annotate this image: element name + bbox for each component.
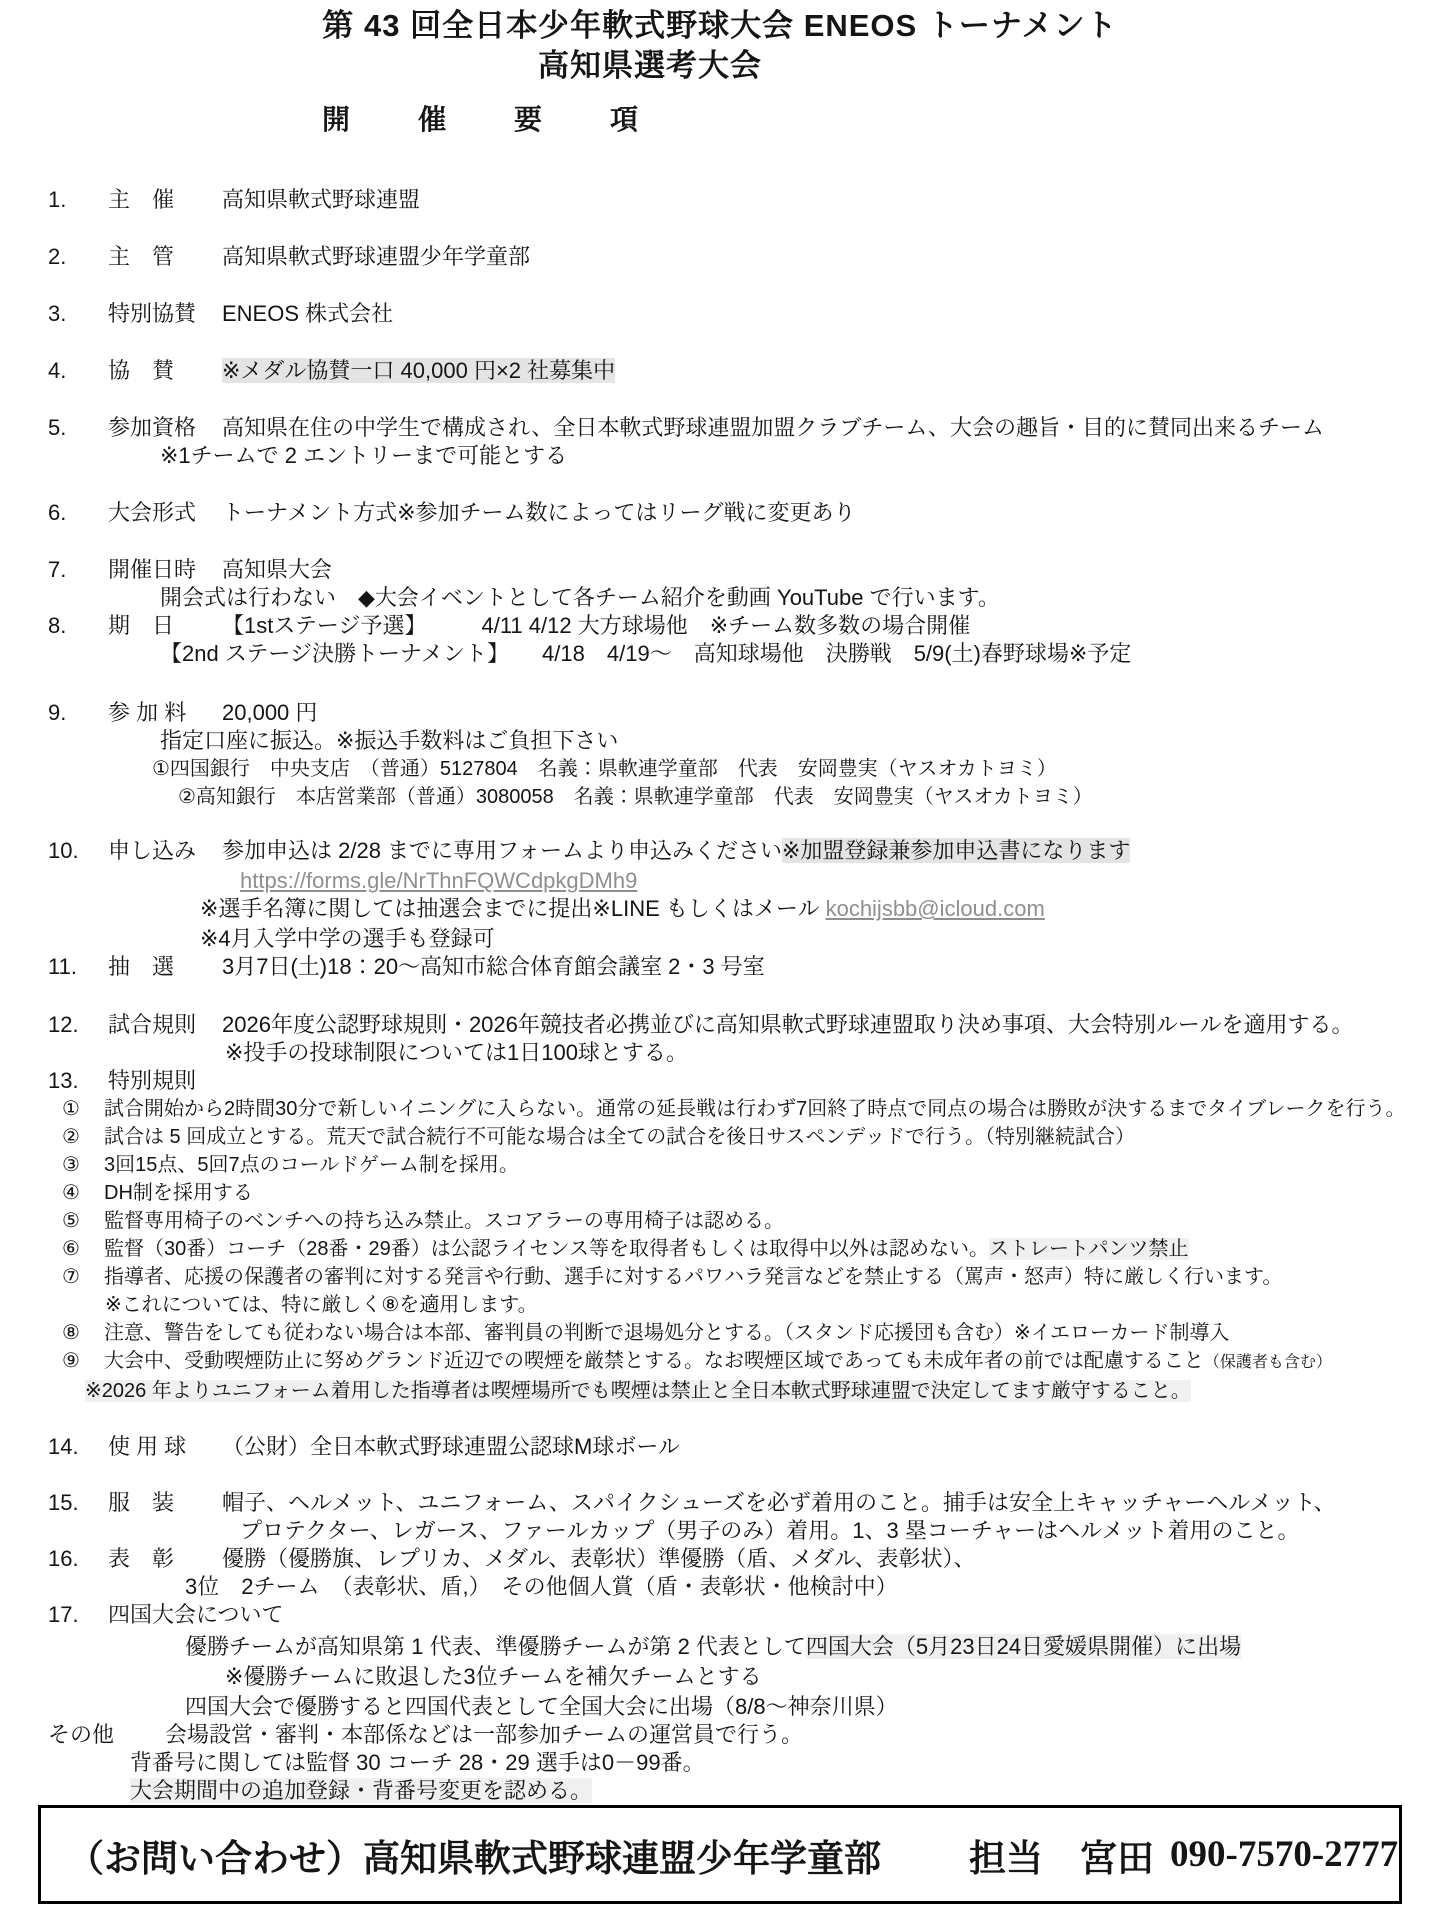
item-label: 四国大会について (108, 1602, 284, 1627)
item-9-bank-account-1: ①四国銀行 中央支店 （普通）5127804 名義：県軟連学童部 代表 安岡豊実… (0, 755, 1440, 783)
contact-label: （お問い合わせ）高知県軟式野球連盟少年学童部 (67, 1828, 881, 1882)
item-text: 優勝（優勝旗、レプリカ、メダル、表彰状）準優勝（盾、メダル、表彰状）、 (222, 1546, 976, 1571)
special-rule-6: ⑥監督（30番）コーチ（28番・29番）は公認ライセンス等を取得者もしくは取得中… (0, 1235, 1440, 1263)
item-number: 10. (48, 837, 108, 865)
item-12-pitch-limit-note: ※投手の投球制限については1日100球とする。 (0, 1039, 1440, 1067)
rule-text: 監督（30番）コーチ（28番・29番）は公認ライセンス等を取得者もしくは取得中以… (104, 1238, 989, 1260)
body-text: 会場設営・審判・本部係などは一部参加チームの運営員で行う。 (165, 1722, 803, 1747)
document-title-line1: 第 43 回全日本少年軟式野球大会 ENEOS トーナメント (0, 6, 1440, 46)
special-rule-9-note: ※2026 年よりユニフォーム着用した指導者は喫煙場所でも喫煙は禁止と全日本軟式… (0, 1377, 1440, 1405)
rule-number: ⑨ (62, 1347, 104, 1375)
bank-account-text: ①四国銀行 中央支店 （普通）5127804 名義：県軟連学童部 代表 安岡豊実… (152, 758, 1057, 780)
item-text: 3月7日(土)18：20～高知市総合体育館会議室 2・3 号室 (222, 954, 765, 979)
item-number: 9. (48, 699, 108, 727)
item-15-continued: プロテクター、レガース、ファールカップ（男子のみ）着用。1、3 塁コーチャーはヘ… (0, 1517, 1440, 1545)
section-heading: 開 催 要 項 (322, 102, 1440, 138)
rule-number: ② (62, 1123, 104, 1151)
body-text-highlighted: 大会期間中の追加登録・背番号変更を認める。 (130, 1778, 592, 1803)
item-label: 抽 選 (108, 953, 222, 981)
rule-number: ⑧ (62, 1319, 104, 1347)
note-text: 【2nd ステージ決勝トーナメント】 4/18 4/19～ 高知球場他 決勝戦 … (160, 641, 1131, 666)
note-text-highlighted: ※2026 年よりユニフォーム着用した指導者は喫煙場所でも喫煙は禁止と全日本軟式… (85, 1380, 1191, 1402)
item-7-note: 開会式は行わない ◆大会イベントとして各チーム紹介を動画 YouTube で行い… (0, 584, 1440, 612)
item-number: 5. (48, 414, 108, 442)
item-label: 参 加 料 (108, 699, 222, 727)
item-9-bank-account-2: ②高知銀行 本店営業部（普通）3080058 名義：県軟連学童部 代表 安岡豊実… (0, 783, 1440, 811)
rule-text-highlighted: ストレートパンツ禁止 (989, 1238, 1189, 1260)
item-text: 【1stステージ予選】 4/11 4/12 大方球場他 ※チーム数多数の場合開催 (222, 613, 970, 638)
application-form-link[interactable]: https://forms.gle/NrThnFQWCdpkgDMh9 (240, 868, 637, 893)
special-rule-7-note: ※これについては、特に厳しく⑧を適用します。 (0, 1291, 1440, 1319)
item-text: 高知県軟式野球連盟少年学童部 (222, 244, 530, 269)
item-text: 帽子、ヘルメット、ユニフォーム、スパイクシューズを必ず着用のこと。捕手は安全上キ… (222, 1490, 1336, 1515)
rule-number: ⑥ (62, 1235, 104, 1263)
item-1-organizer: 1.主 催高知県軟式野球連盟 (0, 186, 1440, 214)
body-text-highlighted: 四国大会（5月23日24日愛媛県開催）に出場 (806, 1634, 1241, 1659)
item-label: 特別規則 (108, 1067, 222, 1095)
item-10-roster-note: ※選手名簿に関しては抽選会までに提出※LINE もしくはメール kochijsb… (0, 895, 1440, 923)
item-8-dates: 8.期 日【1stステージ予選】 4/11 4/12 大方球場他 ※チーム数多数… (0, 612, 1440, 640)
rule-number: ③ (62, 1151, 104, 1179)
item-number: 17. (48, 1601, 108, 1629)
item-3-special-sponsor: 3.特別協賛ENEOS 株式会社 (0, 300, 1440, 328)
document-page: 第 43 回全日本少年軟式野球大会 ENEOS トーナメント 高知県選考大会 開… (0, 0, 1440, 1905)
item-number: 12. (48, 1011, 108, 1039)
bank-account-text: ②高知銀行 本店営業部（普通）3080058 名義：県軟連学童部 代表 安岡豊実… (178, 786, 1093, 808)
body-text: 背番号に関しては監督 30 コーチ 28・29 選手は0－99番。 (130, 1750, 705, 1775)
item-number: 1. (48, 186, 108, 214)
item-number: 11. (48, 953, 108, 981)
item-number: 8. (48, 612, 108, 640)
item-number: 6. (48, 499, 108, 527)
item-4-sponsor: 4.協 賛※メダル協賛一口 40,000 円×2 社募集中 (0, 357, 1440, 385)
note-text: ※投手の投球制限については1日100球とする。 (225, 1040, 688, 1065)
note-text: プロテクター、レガース、ファールカップ（男子のみ）着用。1、3 塁コーチャーはヘ… (240, 1518, 1300, 1543)
item-5-note: ※1チームで 2 エントリーまで可能とする (0, 442, 1440, 470)
item-text: ENEOS 株式会社 (222, 301, 393, 326)
item-text: 20,000 円 (222, 700, 317, 725)
item-text-highlighted: ※メダル協賛一口 40,000 円×2 社募集中 (222, 358, 615, 383)
item-number: 2. (48, 243, 108, 271)
rule-text: 大会中、受動喫煙防止に努めグランド近辺での喫煙を厳禁とする。なお喫煙区域であって… (104, 1350, 1204, 1372)
item-2-administrator: 2.主 管高知県軟式野球連盟少年学童部 (0, 243, 1440, 271)
other-notes: その他会場設営・審判・本部係などは一部参加チームの運営員で行う。 (0, 1721, 1440, 1749)
item-label: 協 賛 (108, 357, 222, 385)
item-label: その他 (48, 1721, 165, 1749)
rule-text: 試合は 5 回成立とする。荒天で試合続行不可能な場合は全ての試合を後日サスペンデ… (104, 1126, 1135, 1148)
rule-text: 監督専用椅子のベンチへの持ち込み禁止。スコアラーの専用椅子は認める。 (104, 1210, 784, 1232)
rule-number: ① (62, 1095, 104, 1123)
special-rule-8: ⑧注意、警告をしても従わない場合は本部、審判員の判断で退場処分とする。（スタンド… (0, 1319, 1440, 1347)
item-label: 期 日 (108, 612, 222, 640)
item-text: 参加申込は 2/28 までに専用フォームより申込みください (222, 838, 782, 863)
note-text: 指定口座に振込。※振込手数料はご負担下さい (160, 728, 618, 753)
item-label: 参加資格 (108, 414, 222, 442)
other-notes-line3: 大会期間中の追加登録・背番号変更を認める。 (0, 1777, 1440, 1805)
item-label: 申し込み (108, 837, 222, 865)
item-label: 表 彰 (108, 1545, 222, 1573)
contact-person: 担当 宮田 (969, 1828, 1154, 1882)
item-text: 高知県大会 (222, 557, 332, 582)
item-label: 主 管 (108, 243, 222, 271)
note-text: ※1チームで 2 エントリーまで可能とする (160, 443, 567, 468)
item-12-game-rules: 12.試合規則2026年度公認野球規則・2026年競技者必携並びに高知県軟式野球… (0, 1011, 1440, 1039)
rule-text: DH制を採用する (104, 1182, 253, 1204)
note-text: 開会式は行わない ◆大会イベントとして各チーム紹介を動画 YouTube で行い… (160, 585, 1000, 610)
note-text: ※これについては、特に厳しく⑧を適用します。 (105, 1294, 538, 1316)
item-number: 3. (48, 300, 108, 328)
item-8-second-stage: 【2nd ステージ決勝トーナメント】 4/18 4/19～ 高知球場他 決勝戦 … (0, 640, 1440, 668)
note-text: ※4月入学中学の選手も登録可 (200, 926, 495, 951)
special-rule-4: ④DH制を採用する (0, 1179, 1440, 1207)
item-17-line1: 優勝チームが高知県第 1 代表、準優勝チームが第 2 代表として四国大会（5月2… (0, 1633, 1440, 1661)
special-rule-9: ⑨大会中、受動喫煙防止に努めグランド近辺での喫煙を厳禁とする。なお喫煙区域であっ… (0, 1347, 1440, 1377)
document-title-line2: 高知県選考大会 (0, 46, 1370, 86)
other-notes-line2: 背番号に関しては監督 30 コーチ 28・29 選手は0－99番。 (0, 1749, 1440, 1777)
body-text: 優勝チームが高知県第 1 代表、準優勝チームが第 2 代表として (185, 1634, 806, 1659)
item-text: （公財）全日本軟式野球連盟公認球M球ボール (222, 1434, 680, 1459)
item-text: トーナメント方式※参加チーム数によってはリーグ戦に変更あり (222, 500, 856, 525)
item-16-continued: 3位 2チーム （表彰状、盾,） その他個人賞（盾・表彰状・他検討中） (0, 1573, 1440, 1601)
special-rule-7: ⑦指導者、応援の保護者の審判に対する発言や行動、選手に対するパワハラ発言などを禁… (0, 1263, 1440, 1291)
item-label: 主 催 (108, 186, 222, 214)
rule-text: 試合開始から2時間30分で新しいイニングに入らない。通常の延長戦は行わず7回終了… (104, 1098, 1406, 1120)
item-6-format: 6.大会形式トーナメント方式※参加チーム数によってはリーグ戦に変更あり (0, 499, 1440, 527)
contact-box: （お問い合わせ）高知県軟式野球連盟少年学童部 担当 宮田 090-7570-27… (38, 1805, 1402, 1904)
item-label: 開催日時 (108, 556, 222, 584)
special-rule-5: ⑤監督専用椅子のベンチへの持ち込み禁止。スコアラーの専用椅子は認める。 (0, 1207, 1440, 1235)
item-9-payment-note: 指定口座に振込。※振込手数料はご負担下さい (0, 727, 1440, 755)
item-text: 2026年度公認野球規則・2026年競技者必携並びに高知県軟式野球連盟取り決め事… (222, 1012, 1353, 1037)
item-label: 服 装 (108, 1489, 222, 1517)
item-10-registration-note: ※4月入学中学の選手も登録可 (0, 925, 1440, 953)
special-rule-1: ①試合開始から2時間30分で新しいイニングに入らない。通常の延長戦は行わず7回終… (0, 1095, 1440, 1123)
rule-text: 注意、警告をしても従わない場合は本部、審判員の判断で退場処分とする。（スタンド応… (104, 1322, 1230, 1344)
contact-email-link[interactable]: kochijsbb@icloud.com (826, 896, 1045, 921)
item-number: 7. (48, 556, 108, 584)
item-10-application: 10.申し込み参加申込は 2/28 までに専用フォームより申込みください※加盟登… (0, 837, 1440, 865)
rule-number: ⑤ (62, 1207, 104, 1235)
rule-number: ⑦ (62, 1263, 104, 1291)
item-17-line3: 四国大会で優勝すると四国代表として全国大会に出場（8/8～神奈川県） (0, 1693, 1440, 1721)
item-9-entry-fee: 9.参 加 料20,000 円 (0, 699, 1440, 727)
item-text: 高知県軟式野球連盟 (222, 187, 420, 212)
item-label: 試合規則 (108, 1011, 222, 1039)
rule-text: 3回15点、5回7点のコールドゲーム制を採用。 (104, 1154, 519, 1176)
body-text: 四国大会で優勝すると四国代表として全国大会に出場（8/8～神奈川県） (185, 1694, 898, 1719)
item-label: 特別協賛 (108, 300, 222, 328)
item-number: 14. (48, 1433, 108, 1461)
contact-phone-number: 090-7570-2777 (1170, 1833, 1398, 1876)
item-5-eligibility: 5.参加資格高知県在住の中学生で構成され、全日本軟式野球連盟加盟クラブチーム、大… (0, 414, 1440, 442)
item-number: 16. (48, 1545, 108, 1573)
item-7-schedule: 7.開催日時高知県大会 (0, 556, 1440, 584)
item-17-line2: ※優勝チームに敗退した3位チームを補欠チームとする (0, 1663, 1440, 1691)
item-number: 13. (48, 1067, 108, 1095)
item-16-awards: 16.表 彰優勝（優勝旗、レプリカ、メダル、表彰状）準優勝（盾、メダル、表彰状）… (0, 1545, 1440, 1573)
note-text: ※選手名簿に関しては抽選会までに提出※LINE もしくはメール (200, 896, 826, 921)
rule-text: 指導者、応援の保護者の審判に対する発言や行動、選手に対するパワハラ発言などを禁止… (104, 1266, 1282, 1288)
note-text: 3位 2チーム （表彰状、盾,） その他個人賞（盾・表彰状・他検討中） (185, 1574, 898, 1599)
item-text-highlighted: ※加盟登録兼参加申込書になります (782, 838, 1130, 863)
item-11-lottery: 11.抽 選3月7日(土)18：20～高知市総合体育館会議室 2・3 号室 (0, 953, 1440, 981)
item-15-uniform: 15.服 装帽子、ヘルメット、ユニフォーム、スパイクシューズを必ず着用のこと。捕… (0, 1489, 1440, 1517)
special-rule-3: ③3回15点、5回7点のコールドゲーム制を採用。 (0, 1151, 1440, 1179)
item-number: 4. (48, 357, 108, 385)
item-number: 15. (48, 1489, 108, 1517)
item-14-official-ball: 14.使 用 球（公財）全日本軟式野球連盟公認球M球ボール (0, 1433, 1440, 1461)
rule-number: ④ (62, 1179, 104, 1207)
item-10-form-link-line: https://forms.gle/NrThnFQWCdpkgDMh9 (0, 867, 1440, 895)
special-rule-2: ②試合は 5 回成立とする。荒天で試合続行不可能な場合は全ての試合を後日サスペン… (0, 1123, 1440, 1151)
item-text: 高知県在住の中学生で構成され、全日本軟式野球連盟加盟クラブチーム、大会の趣旨・目… (222, 415, 1324, 440)
item-label: 大会形式 (108, 499, 222, 527)
note-text: ※優勝チームに敗退した3位チームを補欠チームとする (225, 1664, 762, 1689)
rule-text-small: （保護者も含む） (1204, 1354, 1332, 1371)
item-17-shikoku-tournament: 17.四国大会について (0, 1601, 1440, 1629)
item-label: 使 用 球 (108, 1433, 222, 1461)
item-13-special-rules: 13.特別規則 (0, 1067, 1440, 1095)
